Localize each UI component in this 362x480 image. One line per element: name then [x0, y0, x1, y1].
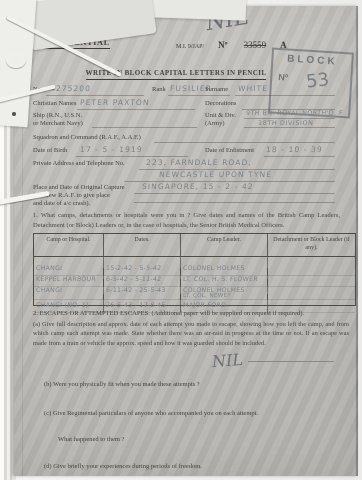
punch-hole [12, 112, 16, 116]
table-header-camp: Camp or Hospital. [34, 234, 104, 256]
field-dob-label: Date of Birth [33, 147, 67, 154]
reference-prefix: M.I. 9/JAP/ [176, 44, 204, 50]
field-enlistment-label: Date of Enlistment [205, 147, 254, 154]
field-underline [244, 127, 335, 128]
field-capture-label-line3: and date of a/c crash). [33, 200, 90, 207]
question-2b-text: (b) Were you physically fit when you mad… [44, 381, 334, 388]
field-dob-value: 17 - 5 - 1919 [80, 145, 143, 154]
cell-camp: CHANGI [36, 286, 63, 296]
cell-leader: COLONEL HOLMES [183, 264, 245, 274]
field-underline [168, 95, 230, 96]
stamp-word: BLOCK [273, 53, 352, 69]
field-unit-label-line2: (Army) [205, 120, 225, 127]
field-surname-label: Surname [205, 86, 228, 93]
table-header-leader: Camp Leader. [181, 234, 268, 256]
field-underline [134, 202, 335, 203]
handwritten-nil-escapes: NIL [211, 350, 243, 371]
stamp-handwritten-number: 53 [305, 69, 330, 92]
form-reference: M.I. 9/JAP/Nº33559A [176, 40, 287, 50]
question-2c-followup-text: What happened to them ? [58, 436, 258, 443]
handwritten-dash [248, 361, 334, 362]
cell-dates: 15-2-42 - 5-5-42 [106, 264, 162, 274]
question-2d-text: (d) Give briefly your experiences during… [44, 463, 344, 470]
question-2a-text: (a) Give full description and approx. da… [33, 320, 349, 348]
reference-no-label: Nº [218, 40, 227, 50]
field-underline [76, 156, 188, 157]
field-service-number-value: 4275200 [50, 84, 92, 93]
cell-camp: KEPPEL HARBOUR [36, 275, 97, 285]
cell-dates: 6-5-42 - 5-11-42 [106, 275, 162, 285]
question-2c-text: (c) Give Regimental particulars of anyon… [44, 410, 344, 417]
field-christian-names-value: PETER PAXTON [80, 98, 150, 107]
photo-background: NIL CONFIDENTIAL M.I. 9/JAP/Nº33559A BLO… [0, 0, 362, 480]
block-stamp: BLOCK Nº 53 [268, 48, 354, 119]
cell-leader-line2: LT. COL. NEWEY [183, 294, 265, 300]
binding-cord-loop [6, 52, 26, 68]
field-rank-label: Rank [152, 86, 166, 93]
document-paper: NIL CONFIDENTIAL M.I. 9/JAP/Nº33559A BLO… [14, 6, 358, 476]
field-christian-names-label: Christian Names [33, 100, 77, 107]
field-underline [264, 156, 335, 157]
reference-number: 33559 [244, 40, 267, 50]
field-ship-label-line2: or Merchant Navy) [33, 120, 83, 127]
field-surname-value: WHITE [238, 84, 269, 93]
field-capture-value: SINGAPORE, 15 - 2 - 42 [142, 182, 254, 191]
camps-table-header-row: Camp or Hospital. Dates. Camp Leader. De… [34, 234, 355, 257]
field-address-value-line1: 223, FARNDALE ROAD, [146, 158, 253, 167]
handwritten-nil-escapes-wrap: NIL [212, 351, 334, 371]
field-unit-value-line2: 18TH DIVISION [258, 119, 314, 127]
cell-camp: CHANGI [36, 264, 63, 274]
field-decorations-label: Decorations [205, 100, 236, 107]
field-underline [46, 95, 144, 96]
field-underline [154, 142, 335, 143]
field-enlistment-value: 18 - 10 - 39 [266, 145, 323, 154]
field-underline [134, 193, 335, 194]
instruction-heading: WRITE IN BLOCK CAPITAL LETTERS IN PENCIL [76, 69, 276, 77]
field-address-label: Private Address and Telephone No. [33, 160, 125, 167]
field-underline [235, 95, 335, 96]
table-row: CHANGI 15-2-42 - 5-5-42 COLONEL HOLMES [34, 257, 355, 268]
field-squadron-label: Squadron and Command (R.A.F., A.A.F.) [33, 134, 141, 141]
question-1-text: 1. What camps, detachments or hospitals … [33, 211, 340, 230]
field-underline [92, 127, 197, 128]
field-unit-value-line1: 9TH BN. ROYAL NORTH'D. F [246, 109, 344, 117]
field-underline [77, 109, 195, 110]
camps-table: Camp or Hospital. Dates. Camp Leader. De… [33, 233, 356, 306]
field-capture-label-line1: Place and Date of Original Capture [33, 184, 125, 191]
cell-leader: LT. COL. H. S. FLOWER [183, 275, 258, 285]
field-ship-label-line1: Ship (R.N., U.S.N. [33, 112, 82, 119]
field-unit-label-line1: Unit & Div. [205, 112, 236, 119]
section-2-heading: 2. ESCAPES OR ATTEMPTED ESCAPES. (Additi… [33, 310, 347, 317]
table-header-block-leader: Detachment or Block Leader (if any). [268, 234, 355, 256]
cell-dates: 6-11-42 - 25-5-43 [106, 286, 166, 296]
stamp-no-label: Nº [278, 72, 288, 83]
paper-right-edge [356, 6, 358, 476]
table-header-dates: Dates. [104, 234, 181, 256]
field-address-value-line2: NEWCASTLE UPON TYNE [159, 170, 273, 179]
